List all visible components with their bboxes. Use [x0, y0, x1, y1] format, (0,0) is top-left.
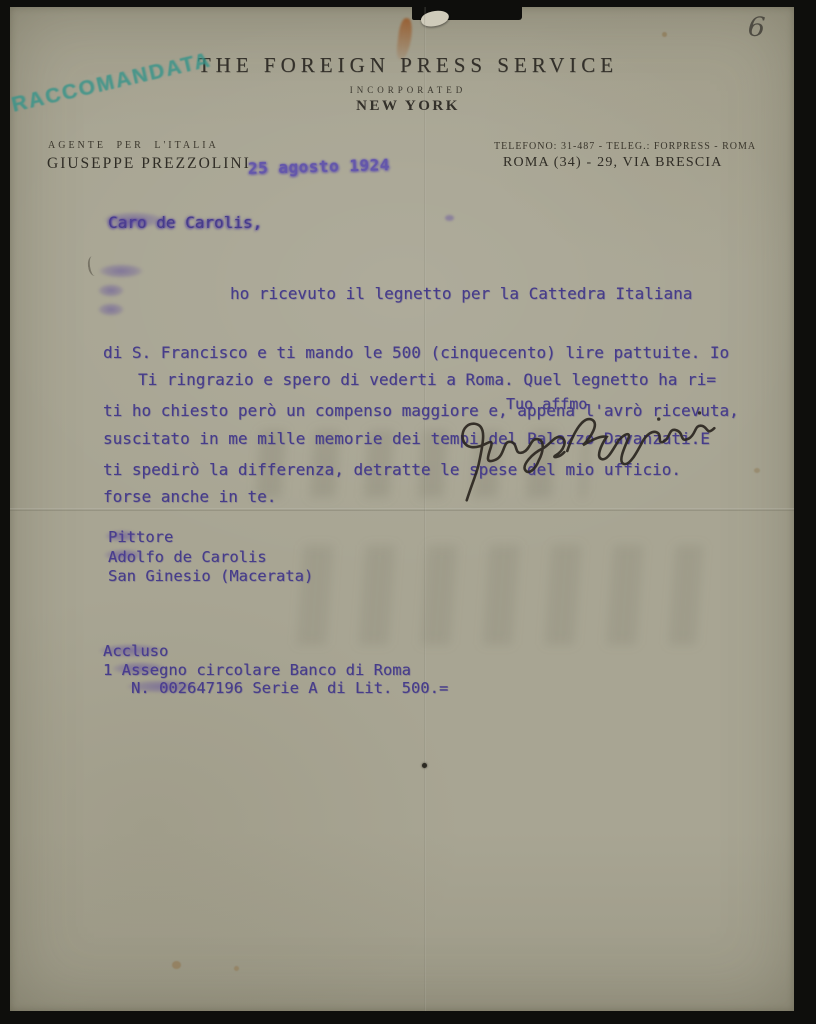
letterhead-city: NEW YORK [0, 98, 816, 115]
agent-name: GIUSEPPE PREZZOLINI [47, 155, 251, 173]
page-number: 6 [747, 11, 766, 43]
signature-ink [447, 383, 722, 507]
ink-smudge [99, 264, 143, 278]
ink-smudge [98, 303, 124, 316]
stain-speck [754, 468, 760, 473]
date-stamp: 25 agosto 1924 [248, 155, 390, 178]
pinhole [422, 763, 427, 768]
paragraph-line: ho ricevuto il legnetto per la Cattedra … [103, 284, 739, 304]
scan-background: { "document": { "page_number": "6", "let… [0, 0, 816, 1024]
paragraph-line: Ti ringrazio e spero di vederti a Roma. … [103, 370, 716, 390]
ink-smudge [98, 284, 124, 297]
agent-label: AGENTE PER L'ITALIA [48, 140, 219, 151]
recipient-line: San Ginesio (Macerata) [108, 567, 313, 587]
ink-smudge [104, 212, 164, 228]
recipient-line: Pittore [108, 528, 313, 548]
stain-speck [662, 32, 667, 37]
telephone-telegraph-line: TELEFONO: 31-487 - TELEG.: FORPRESS - RO… [494, 141, 756, 152]
ink-smudge [105, 530, 139, 542]
ink-smudge [104, 549, 144, 561]
ink-smudge [127, 680, 199, 693]
stain-speck [172, 961, 181, 969]
ink-smudge [112, 662, 166, 675]
ink-smudge [99, 644, 163, 657]
address-line: ROMA (34) - 29, VIA BRESCIA [503, 155, 723, 171]
ink-showthrough [297, 545, 704, 645]
stain-speck [234, 966, 239, 971]
signature: Giuseppe Prezzolini [447, 383, 722, 507]
stain-speck [445, 215, 454, 221]
